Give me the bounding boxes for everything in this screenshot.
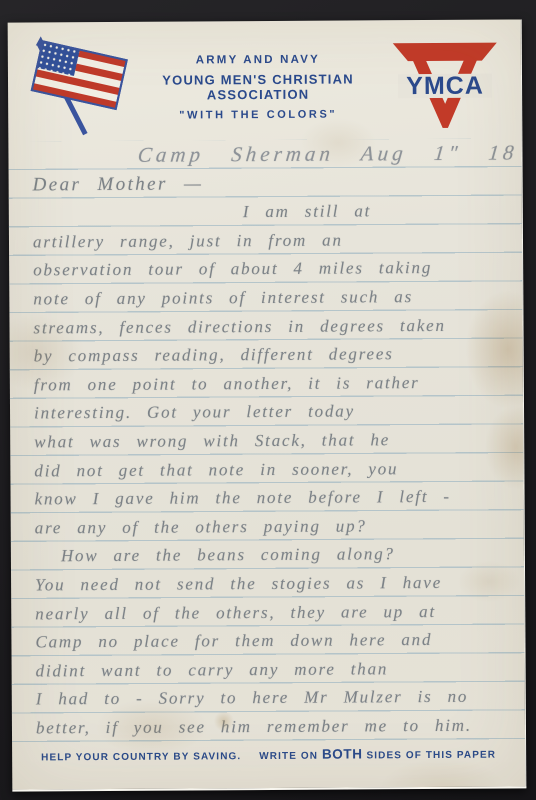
- footer-sides-note: SIDES OF THIS PAPER: [366, 750, 496, 762]
- ymca-logo-text: YMCA: [406, 72, 484, 100]
- letter-line: what was wrong with Stack, that he: [10, 424, 523, 456]
- org-name-line2: YOUNG MEN'S CHRISTIAN ASSOCIATION: [113, 71, 403, 103]
- letter-line: note of any points of interest such as: [9, 281, 522, 313]
- footer-write-note: WRITE ON BOTH SIDES OF THIS PAPER: [259, 746, 496, 762]
- letter-salutation: Dear Mother —: [9, 167, 522, 199]
- letter-body: Camp Sherman Aug 1" 18 Dear Mother — I a…: [8, 138, 525, 742]
- letterhead: ARMY AND NAVY YOUNG MEN'S CHRISTIAN ASSO…: [8, 19, 521, 22]
- letter-paper: ARMY AND NAVY YOUNG MEN'S CHRISTIAN ASSO…: [8, 19, 527, 791]
- letter-line: better, if you see him remember me to hi…: [12, 710, 525, 742]
- letter-line: know I gave him the note before I left -: [10, 482, 523, 514]
- letter-line: observation tour of about 4 miles taking: [9, 253, 522, 285]
- ymca-red-triangle-icon: YMCA: [391, 36, 500, 129]
- letter-dateline: Camp Sherman Aug 1" 18: [9, 138, 525, 170]
- letter-line: are any of the others paying up?: [11, 510, 524, 542]
- org-slogan: "WITH THE COLORS": [113, 108, 403, 122]
- photo-backdrop: ARMY AND NAVY YOUNG MEN'S CHRISTIAN ASSO…: [0, 0, 536, 800]
- letter-line: nearly all of the others, they are up at: [11, 596, 524, 628]
- footer-both-emphasis: BOTH: [322, 746, 363, 761]
- org-name-line1: ARMY AND NAVY: [113, 53, 403, 67]
- footer-write-on: WRITE ON: [259, 751, 318, 762]
- letter-line: I am still at: [9, 196, 522, 228]
- letter-line: did not get that note in sooner, you: [10, 453, 523, 485]
- letter-line: I had to - Sorry to here Mr Mulzer is no: [12, 682, 525, 714]
- letter-line: interesting. Got your letter today: [10, 396, 523, 428]
- letter-line: How are the beans coming along?: [11, 539, 524, 571]
- letter-footer: HELP YOUR COUNTRY BY SAVING. WRITE ON BO…: [12, 745, 525, 763]
- letter-line: by compass reading, different degrees: [10, 339, 523, 371]
- letter-line: You need not send the stogies as I have: [11, 567, 524, 599]
- letter-line: streams, fences directions in degrees ta…: [9, 310, 522, 342]
- letter-line: didint want to carry any more than: [12, 653, 525, 685]
- letter-line: Camp no place for them down here and: [11, 625, 524, 657]
- letter-line: from one point to another, it is rather: [10, 367, 523, 399]
- footer-saving-note: HELP YOUR COUNTRY BY SAVING.: [41, 751, 241, 763]
- letterhead-text: ARMY AND NAVY YOUNG MEN'S CHRISTIAN ASSO…: [113, 53, 403, 122]
- letter-line: artillery range, just in from an: [9, 224, 522, 256]
